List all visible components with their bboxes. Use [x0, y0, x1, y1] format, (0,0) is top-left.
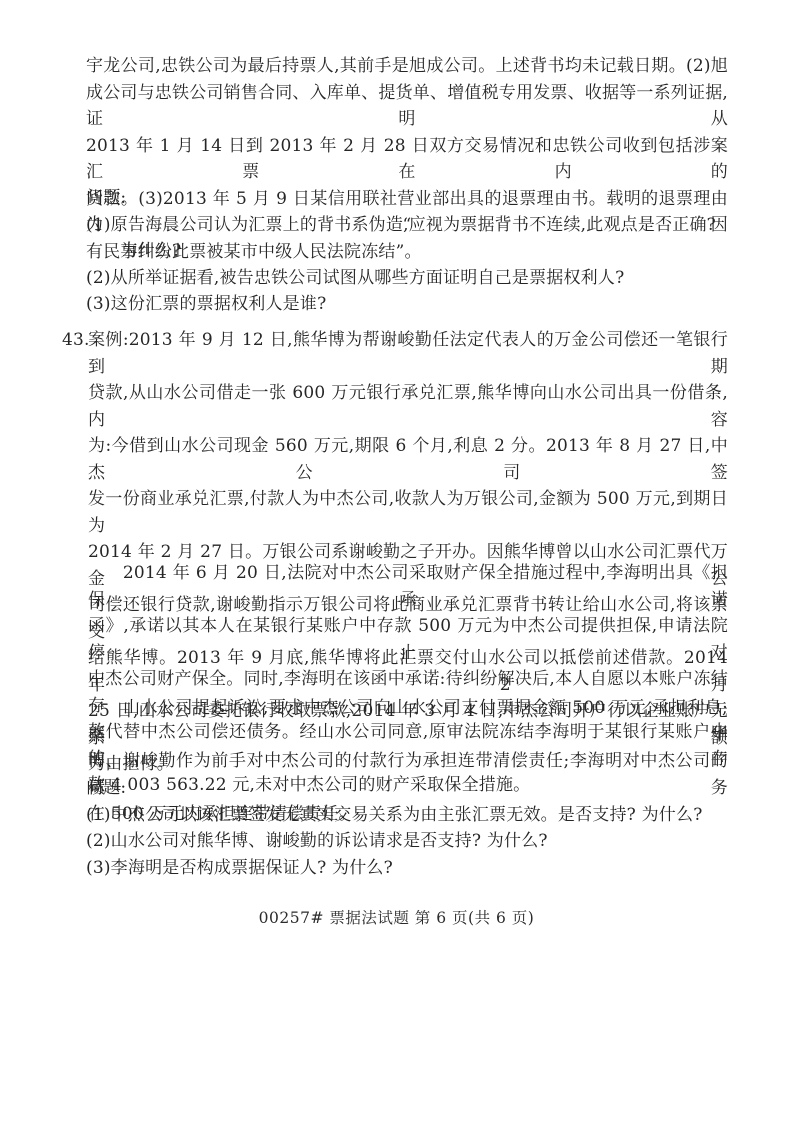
text-line: (2)山水公司对熊华博、谢峻勤的诉讼请求是否支持? 为什么? — [86, 828, 728, 855]
exam-paper-page: 宇龙公司,忠铁公司为最后持票人,其前手是旭成公司。上述背书均未记载日期。(2)旭… — [0, 0, 793, 1122]
page-footer: 00257# 票据法试题 第 6 页(共 6 页) — [0, 907, 793, 929]
text-line: 问题: — [86, 775, 728, 802]
text-line: (1)原告海晨公司认为汇票上的背书系伪造,应视为票据背书不连续,此观点是否正确? — [86, 212, 728, 239]
text-line: 2014 年 6 月 20 日,法院对中杰公司采取财产保全措施过程中,李海明出具… — [88, 560, 728, 613]
q42-questions: 问题:(1)原告海晨公司认为汇票上的背书系伪造,应视为票据背书不连续,此观点是否… — [86, 185, 728, 318]
q43-questions: 问题:(1)中杰公司以该汇票签发无真实交易关系为由主张汇票无效。是否支持? 为什… — [86, 775, 728, 881]
question-number: 43. — [62, 327, 90, 354]
text-line: 发一份商业承兑汇票,付款人为中杰公司,收款人为万银公司,金额为 500 万元,到… — [88, 486, 728, 539]
text-line: 贷款,从山水公司借走一张 600 万元银行承兑汇票,熊华博向山水公司出具一份借条… — [88, 380, 728, 433]
text-line: (3)这份汇票的票据权利人是谁? — [86, 291, 728, 318]
text-line: 山水公司提起诉讼,要求中杰公司向山水公司支付票据金额 500 万元,承担利息;熊… — [88, 695, 728, 748]
text-line: (3)李海明是否构成票据保证人? 为什么? — [86, 855, 728, 882]
text-line: 函》,承诺以其本人在某银行某账户中存款 500 万元为中杰公司提供担保,申请法院… — [88, 613, 728, 666]
text-line: 为:今借到山水公司现金 560 万元,期限 6 个月,利息 2 分。2013 年… — [88, 433, 728, 486]
text-line: 案例:2013 年 9 月 12 日,熊华博为帮谢峻勤任法定代表人的万金公司偿还… — [88, 327, 728, 380]
text-line: 成公司与忠铁公司销售合同、入库单、提货单、增值税专用发票、收据等一系列证据,证明… — [86, 80, 728, 133]
text-line: 宇龙公司,忠铁公司为最后持票人,其前手是旭成公司。上述背书均未记载日期。(2)旭 — [86, 53, 728, 80]
text-line: (1)中杰公司以该汇票签发无真实交易关系为由主张汇票无效。是否支持? 为什么? — [86, 802, 728, 829]
text-line: 问题: — [86, 185, 728, 212]
text-line: 2013 年 1 月 14 日到 2013 年 2 月 28 日双方交易情况和忠… — [86, 133, 728, 186]
text-line: (2)从所举证据看,被告忠铁公司试图从哪些方面证明自己是票据权利人? — [86, 265, 728, 292]
text-line: 为什么? — [86, 238, 728, 265]
